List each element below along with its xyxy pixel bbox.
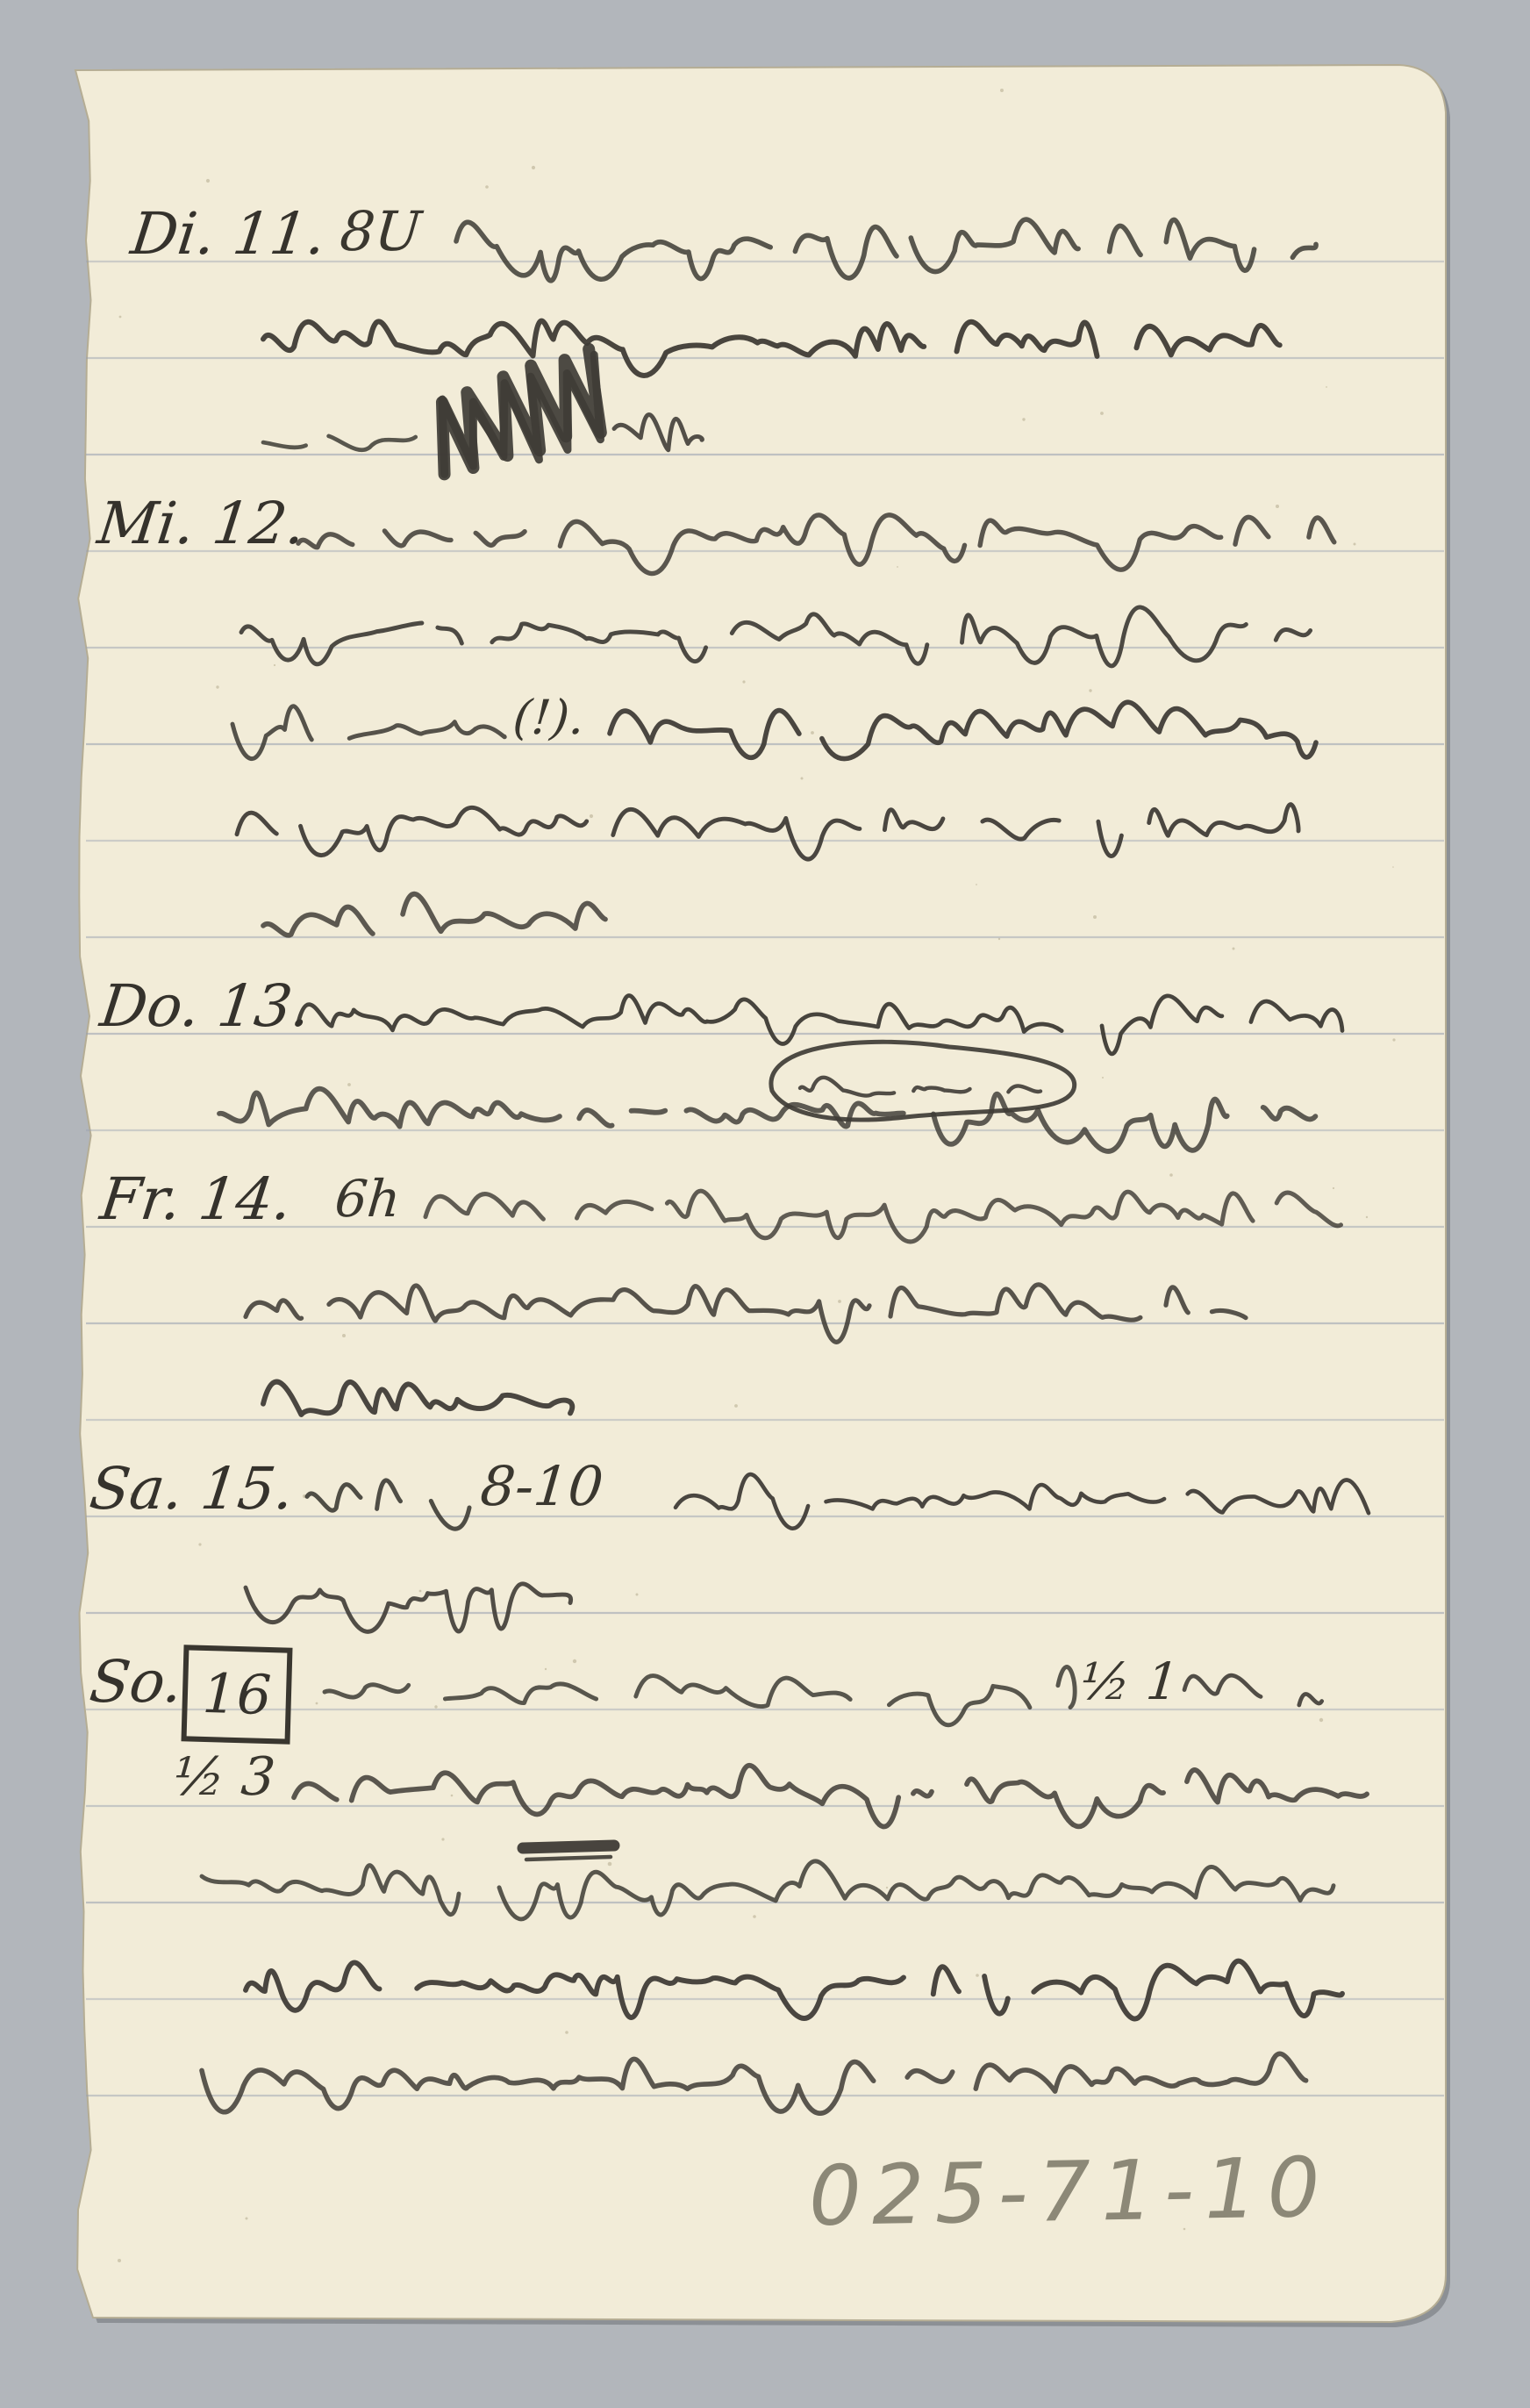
paper-sheet [0,0,1530,2408]
scanned-notebook-page: 025-71-10 Di. 11.Mi. 12.Do. 13.Fr. 14.Sa… [0,0,1530,2408]
